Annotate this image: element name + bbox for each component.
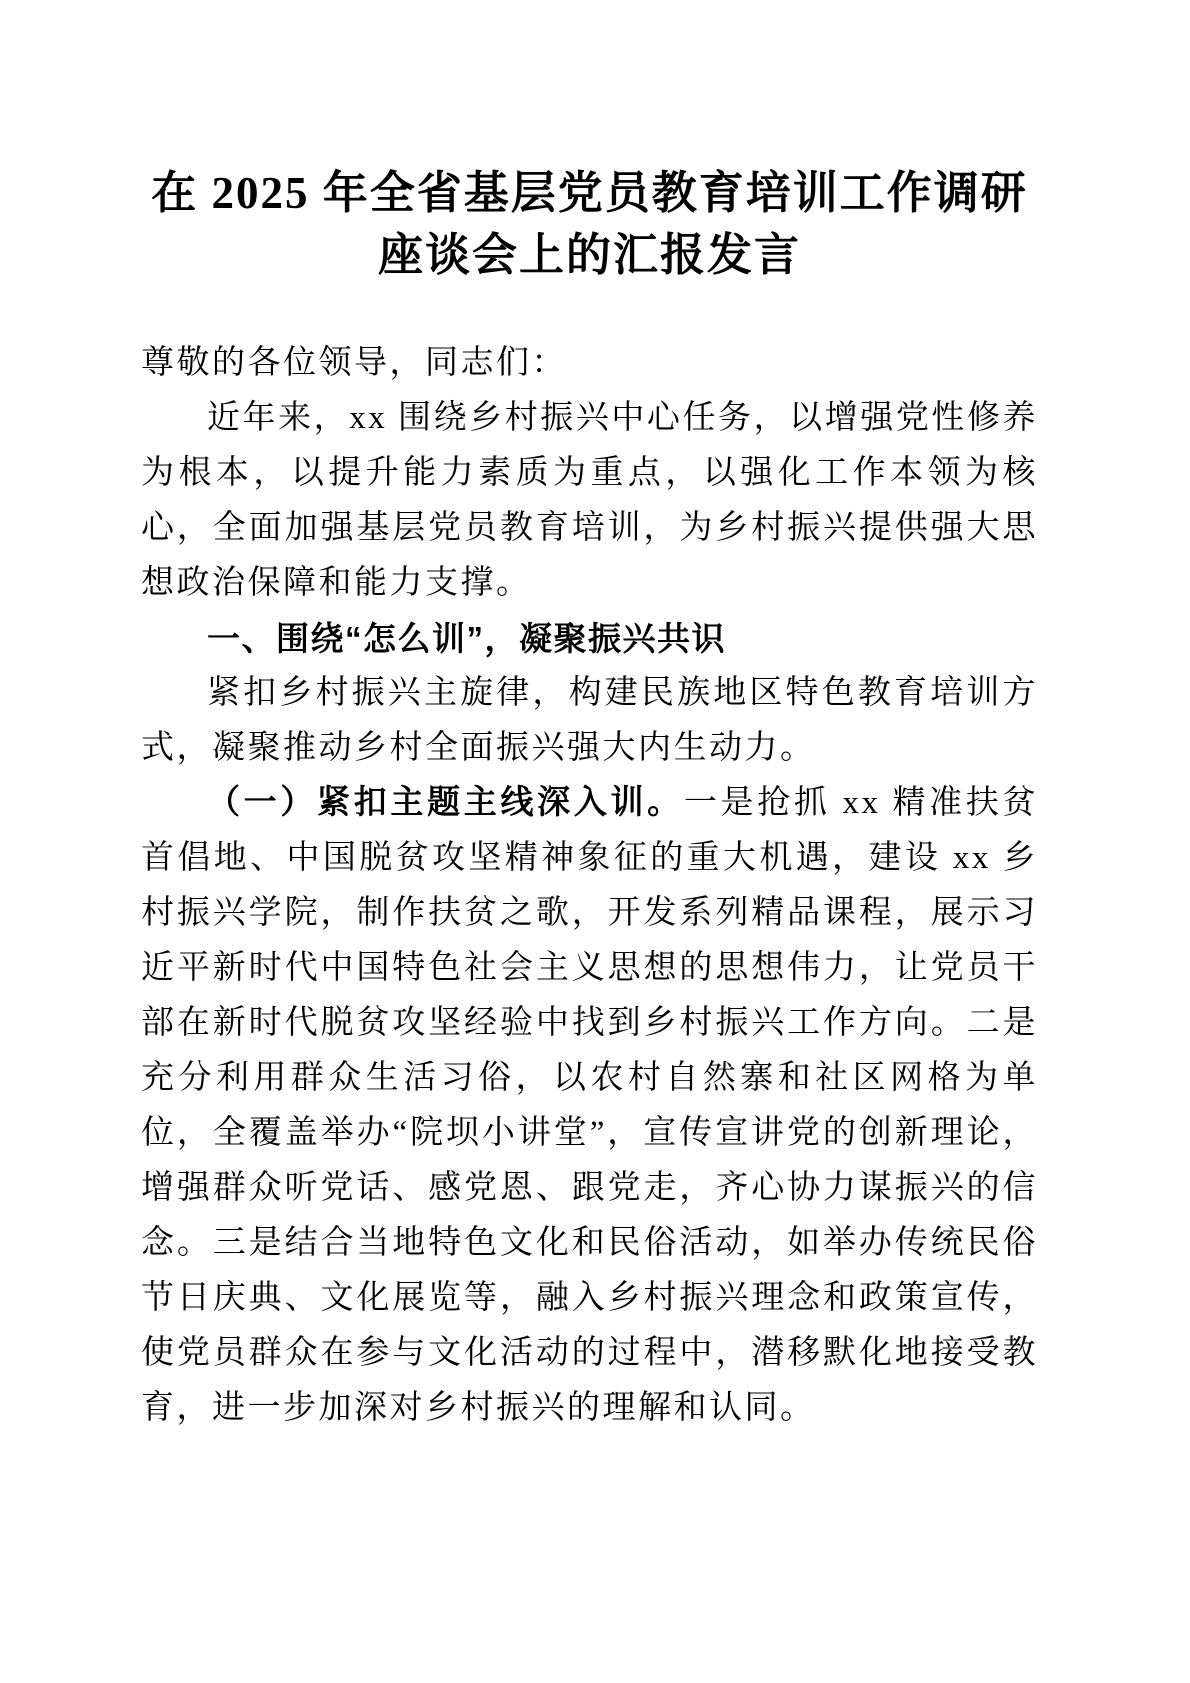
paragraph-intro: 近年来，xx 围绕乡村振兴中心任务，以增强党性修养为根本，以提升能力素质为重点，… — [141, 391, 1038, 611]
paragraph-subsection-1: （一）紧扣主题主线深入训。一是抢抓 xx 精准扶贫首倡地、中国脱贫攻坚精神象征的… — [141, 776, 1038, 1436]
document-page: 在 2025 年全省基层党员教育培训工作调研座谈会上的汇报发言 尊敬的各位领导，… — [0, 0, 1190, 1683]
paragraph-section-lede: 紧扣乡村振兴主旋律，构建民族地区特色教育培训方式，凝聚推动乡村全面振兴强大内生动… — [141, 666, 1038, 776]
section-heading-1: 一、围绕“怎么训”，凝聚振兴共识 — [141, 611, 1038, 666]
subsection-1-lead: （一）紧扣主题主线深入训。 — [207, 785, 684, 821]
document-title: 在 2025 年全省基层党员教育培训工作调研座谈会上的汇报发言 — [141, 162, 1038, 286]
subsection-1-text: 一是抢抓 xx 精准扶贫首倡地、中国脱贫攻坚精神象征的重大机遇，建设 xx 乡村… — [141, 785, 1038, 1426]
salutation: 尊敬的各位领导，同志们： — [141, 336, 1038, 391]
